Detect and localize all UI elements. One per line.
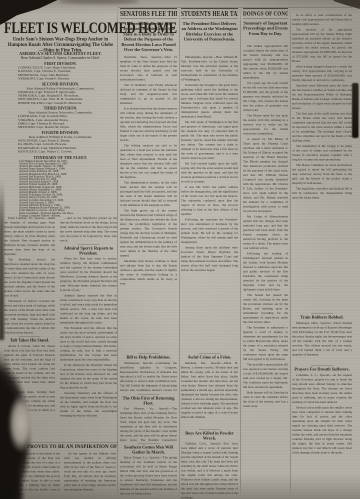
section-divider bbox=[311, 365, 333, 366]
article-paragraph: The legislative, executive and judicial … bbox=[292, 187, 352, 201]
column-headline-box: SENATORS FLEE THE STATE bbox=[120, 8, 177, 19]
ship-line: VERMONT, Capt. Frank F. Fletcher. bbox=[18, 77, 117, 81]
ship-line: KENTUCKY, Capt. Walter C. Cowles. bbox=[18, 150, 117, 154]
section-divider bbox=[138, 443, 160, 444]
banner-right-column: As the agents of the Mikado vied with on… bbox=[64, 452, 116, 498]
article-paragraph: University day brought to the great hall… bbox=[181, 83, 238, 119]
fleet-division: FIRST DIVISION. CONNECTICUT, Capt. Hugo … bbox=[4, 62, 117, 81]
article-paragraph: The President is authorized to appoint a… bbox=[243, 326, 288, 362]
scanned-newspaper-screenshot: FLEET IS WELCOMED HOME Uncle Sam's Sixte… bbox=[0, 0, 360, 499]
section-divider bbox=[138, 353, 160, 354]
article-paragraph: Columbia, S. C., Special:—At the request… bbox=[292, 373, 352, 405]
column-headline-box: STUDENTS HEAR TAFT bbox=[181, 8, 238, 19]
article-paragraph: Marshall, Mo., Special:—Mack B. Brewer, … bbox=[181, 361, 238, 420]
article-body: In an effort to rush consideration of th… bbox=[292, 13, 352, 310]
column-subhead: The President-Elect Delivers an Address … bbox=[181, 21, 238, 42]
article-paragraph: Meantime both houses continue to meet an… bbox=[120, 259, 177, 286]
article-paragraph: The House committee on rivers and harbor… bbox=[292, 163, 352, 186]
article-paragraph: Among those upon the platform were Gover… bbox=[181, 246, 238, 273]
article-paragraph: Philadelphia, Special:—Hon. William H. T… bbox=[181, 55, 238, 82]
article-paragraph: The first gun of the tariff session was … bbox=[292, 112, 352, 144]
article-section: Prayers For Drouth Sufferers. Columbia, … bbox=[292, 364, 352, 499]
article-paragraph: Muskogee, Okla., Special:—Three masked m… bbox=[292, 321, 352, 357]
fleet-roster: AMERICA'S SECOND GREATEST FLEET. Rear Ad… bbox=[4, 51, 117, 217]
article-paragraph: Both houses will sit Saturday in order t… bbox=[243, 391, 288, 409]
article-paragraph: In an effort to rush consideration of th… bbox=[292, 13, 352, 27]
column-headline: DOINGS OF CONGRESS bbox=[243, 10, 288, 17]
article-paragraph: As the agents of the Mikado vied with on… bbox=[64, 452, 116, 493]
itinerary-list: Left Hampton Roads December 16, 1907.Arr… bbox=[4, 160, 117, 217]
subsection-header: Train Robbers Robbed. bbox=[292, 315, 352, 320]
article-body: Philadelphia, Special:—Hon. William H. T… bbox=[181, 55, 238, 350]
article-paragraph: Following the reading of Washington's fa… bbox=[243, 252, 288, 293]
article-paragraph: Baton Rouge, La., Special:—The spring me… bbox=[120, 456, 177, 497]
left-edge-shadow-streak bbox=[0, 180, 4, 340]
scan-shadow-light-patch bbox=[8, 394, 34, 453]
column-headline: SENATORS FLEE THE STATE bbox=[120, 10, 177, 18]
article-paragraph: It is declared here that the absent sena… bbox=[120, 107, 177, 143]
section-divider bbox=[78, 244, 100, 245]
article-paragraph: Mr. Taft touched lightly upon the tariff… bbox=[181, 162, 238, 185]
article-paragraph: Point Comfort, Va., Special:—Amid the th… bbox=[4, 216, 55, 257]
article-paragraph: Speeches were delivered upon the lives o… bbox=[292, 84, 352, 111]
subsection-header: Bill to Help Prohibition. bbox=[120, 355, 177, 360]
right-edge-ink-bar bbox=[352, 83, 359, 138]
newspaper-page: FLEET IS WELCOMED HOME Uncle Sam's Sixte… bbox=[0, 0, 360, 499]
subsection-header: Admiral Sperry Reports to President. bbox=[60, 246, 117, 256]
scan-shadow-blob bbox=[0, 330, 57, 499]
article-paragraph: Secretary Newberry and the officers of t… bbox=[60, 391, 117, 418]
column-senators-flee: SENATORS FLEE THE STATE Fifteen Members … bbox=[120, 8, 177, 499]
article-paragraph: When the fleet had come to anchor, Admir… bbox=[60, 257, 117, 293]
article-paragraph: The postoffice appropriation bill was re… bbox=[243, 363, 288, 390]
column-headline-box: DOINGS OF CONGRESS bbox=[243, 8, 288, 19]
article-section: The Ohio First of Returning Fleet. Fort … bbox=[120, 393, 177, 441]
subsection-header: Southern Cotton Men Will Gather In March… bbox=[120, 445, 177, 455]
article-body: Nashville, Tenn., Special:—That 15 membe… bbox=[120, 55, 177, 350]
article-paragraph: The Senate has passed the census bill, r… bbox=[243, 293, 288, 325]
ship-line: RHODE ISLAND, Capt. Joseph B. Murdock. bbox=[18, 101, 117, 105]
column-rule bbox=[241, 7, 242, 498]
subsection-header: Prayers For Drouth Sufferers. bbox=[292, 367, 352, 372]
article-paragraph: A speech by Mr. Bailey of Texas upon the… bbox=[243, 137, 288, 214]
column-doings-of-congress: DOINGS OF CONGRESS Summary of Important … bbox=[243, 8, 288, 499]
column-subhead: Summary of Important Proceedings and Eve… bbox=[243, 21, 288, 37]
article-paragraph: The administration leaders, on the other… bbox=[120, 181, 177, 208]
article-body: The Indian appropriation bill occupied a… bbox=[243, 44, 288, 499]
article-paragraph: The President, aboard the Mayflower, ste… bbox=[4, 258, 55, 299]
article-paragraph: The House spent the day upon the sundry … bbox=[243, 114, 288, 137]
article-paragraph: The Indian appropriation bill occupied a… bbox=[243, 44, 288, 80]
article-paragraph: Nashville, Tenn., Special:—That 15 membe… bbox=[120, 55, 177, 82]
subsection-header: The Ohio First of Returning Fleet. bbox=[120, 396, 177, 406]
section-divider bbox=[311, 313, 333, 314]
article-section: Southern Cotton Men Will Gather In March… bbox=[120, 442, 177, 499]
section-divider bbox=[138, 394, 160, 395]
column-rule bbox=[290, 7, 291, 498]
top-edge-smudge bbox=[59, 0, 139, 4]
article-paragraph: Washington, Special:—Continuing the proh… bbox=[120, 361, 177, 391]
column-congress-continued: In an effort to rush consideration of th… bbox=[292, 8, 352, 499]
article-section: Train Robbers Robbed. Muskogee, Okla., S… bbox=[292, 312, 352, 362]
lead-article-right-column: —and as the Mayflower passed up the line… bbox=[60, 216, 117, 441]
article-section: Awful Crime of a Felon. Marshall, Mo., S… bbox=[181, 352, 238, 426]
article-paragraph: Mr. Lodge of Massachusetts replied that … bbox=[243, 215, 288, 251]
fleet-division: THIRD DIVISION. Rear Admiral Seaton Schr… bbox=[4, 106, 117, 129]
column-subhead: Fifteen Members of the Tennessee Senate … bbox=[120, 21, 177, 52]
article-paragraph: The President told the officers that the… bbox=[60, 326, 117, 362]
subsection-header: Boys Are Killed in Powder Wreck. bbox=[181, 431, 238, 441]
column-headline: STUDENTS HEAR TAFT bbox=[181, 10, 238, 18]
section-divider bbox=[199, 353, 221, 354]
column-students-hear-taft: STUDENTS HEAR TAFT The President-Elect D… bbox=[181, 8, 238, 499]
article-section: Bill to Help Prohibition. Washington, Sp… bbox=[120, 352, 177, 391]
article-paragraph: The increase of the agricultural appropr… bbox=[292, 28, 352, 64]
article-paragraph: —and as the Mayflower passed up the line… bbox=[60, 216, 117, 243]
column-rule bbox=[179, 7, 180, 498]
article-paragraph: Following the exercises the President-el… bbox=[181, 218, 238, 245]
article-paragraph: After having dragged along for a week, t… bbox=[292, 65, 352, 83]
article-paragraph: Admiral Sperry reported the fleet in bet… bbox=[60, 294, 117, 326]
article-paragraph: The 15 members were Friday afternoon dec… bbox=[120, 83, 177, 106]
section-divider bbox=[199, 429, 221, 430]
fleet-commander-line: Rear Admiral Charles S. Sperry, Commande… bbox=[4, 56, 117, 61]
article-paragraph: Fort Monroe, Va., Special:—The battleshi… bbox=[120, 407, 177, 441]
article-paragraph: The nomination of Mr. Griggs to be judge… bbox=[292, 144, 352, 162]
article-paragraph: The bolting senators are said to be quar… bbox=[120, 144, 177, 180]
article-paragraph: Trinidad, Colo., Special:—Two boys were … bbox=[181, 442, 238, 499]
article-section: Boys Are Killed in Powder Wreck. Trinida… bbox=[181, 428, 238, 499]
article-paragraph: In the afternoon the President visited t… bbox=[60, 363, 117, 390]
article-paragraph: It was Mr. Taft's last public address be… bbox=[181, 185, 238, 217]
ship-line: MISSOURI, Capt. Robert M. Doyle. bbox=[18, 126, 117, 130]
fleet-division: SECOND DIVISION. Rear Admiral Richard Wa… bbox=[4, 82, 117, 105]
main-headline: FLEET IS WELCOMED HOME bbox=[4, 19, 117, 37]
subsection-header: Awful Crime of a Felon. bbox=[181, 355, 238, 360]
article-paragraph: The fight grows out of the contest betwe… bbox=[120, 209, 177, 259]
article-paragraph: Mr. Taft spoke of Washington as the firs… bbox=[181, 120, 238, 161]
article-paragraph: Several cotton mills upon the smaller ri… bbox=[292, 405, 352, 455]
fleet-division: FOURTH DIVISION. Rear Admiral William P.… bbox=[4, 130, 117, 153]
column-rule bbox=[118, 7, 119, 498]
article-paragraph: Two years ago the total carried by the b… bbox=[243, 81, 288, 113]
